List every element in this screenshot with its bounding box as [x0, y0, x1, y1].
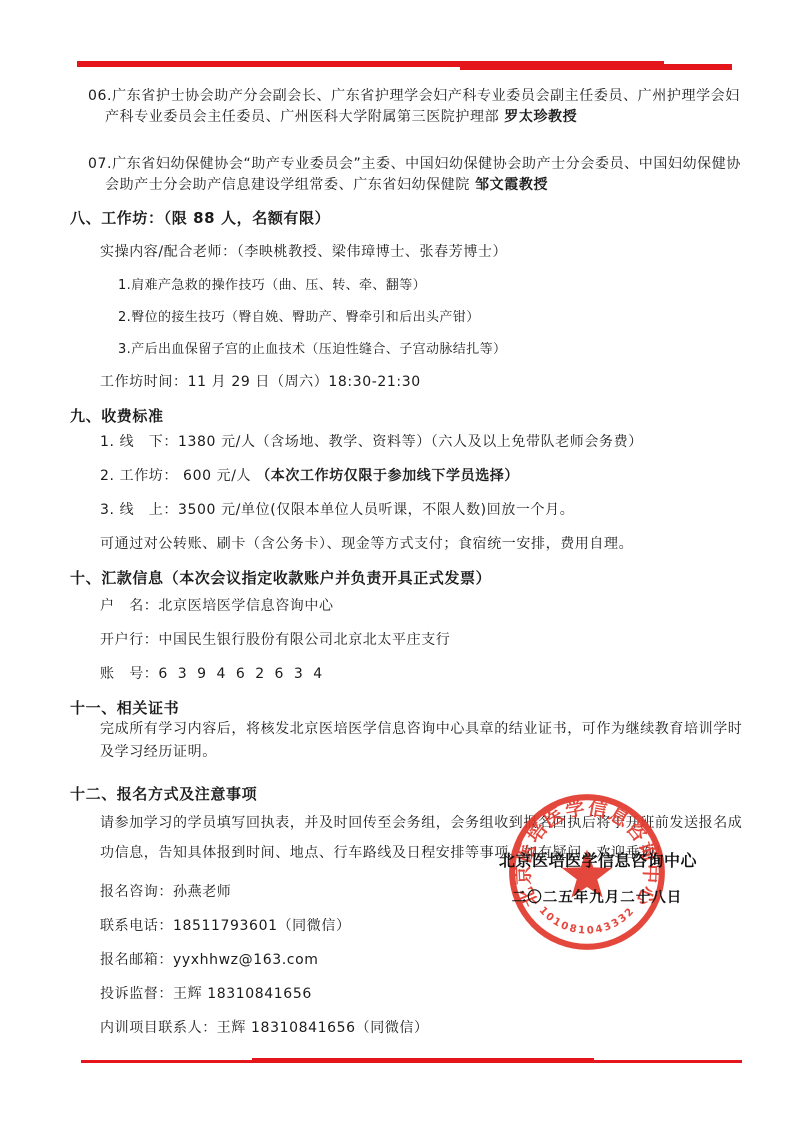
expert-name: 邹文霞教授: [475, 177, 548, 193]
expert-titles: 广东省妇幼保健协会“助产专业委员会”主委、中国妇幼保健协会助产士分会委员、中国妇…: [105, 156, 741, 193]
fee-item: 3. 线 上：3500 元/单位(仅限本单位人员听课，不限人数)回放一个月。: [100, 500, 748, 520]
fee-text: 1. 线 下：1380 元/人（含场地、教学、资料等）（六人及以上免带队老师会务…: [100, 434, 643, 450]
section-10-heading: 十、汇款信息（本次会议指定收款账户并负责开具正式发票）: [70, 568, 748, 588]
expert-titles: 广东省护士协会助产分会副会长、广东省护理学会妇产科专业委员会副主任委员、广州护理…: [105, 88, 740, 125]
payment-note: 可通过对公转账、刷卡（含公务卡）、现金等方式支付；食宿统一安排，费用自理。: [100, 534, 748, 554]
fee-text: 3. 线 上：3500 元/单位(仅限本单位人员听课，不限人数)回放一个月。: [100, 502, 574, 518]
expert-item-07: 07.广东省妇幼保健协会“助产专业委员会”主委、中国妇幼保健协会助产士分会委员、…: [70, 154, 748, 196]
workshop-item: 2.臀位的接生技巧（臀自娩、臀助产、臀牵引和后出头产钳）: [118, 308, 748, 327]
remittance-label: 开户行：: [100, 632, 158, 648]
remittance-label: 账 号：: [100, 666, 158, 682]
workshop-item: 3.产后出血保留子宫的止血技术（压迫性缝合、子宫动脉结扎等）: [118, 340, 748, 359]
remittance-row: 开户行：中国民生银行股份有限公司北京北太平庄支行: [100, 630, 748, 650]
section-11-heading: 十一、相关证书: [70, 698, 748, 718]
section-8-heading: 八、工作坊：（限 88 人，名额有限）: [70, 208, 748, 228]
remittance-row: 账 号：6 3 9 4 6 2 6 3 4: [100, 664, 748, 684]
fee-text: 2. 工作坊： 600 元/人: [100, 468, 256, 484]
signature-org: 北京医培医学信息咨询中心: [492, 848, 704, 871]
certificate-body: 完成所有学习内容后，将核发北京医培医学信息咨询中心具章的结业证书，可作为继续教育…: [100, 718, 748, 764]
signature-date: 二〇二五年九月二十八日: [497, 886, 697, 907]
fee-item: 1. 线 下：1380 元/人（含场地、教学、资料等）（六人及以上免带队老师会务…: [100, 432, 748, 452]
bottom-red-rule-left: [81, 1060, 256, 1063]
remittance-label: 户 名：: [100, 598, 158, 614]
section-9-heading: 九、收费标准: [70, 406, 748, 426]
fee-bold-note: （本次工作坊仅限于参加线下学员选择）: [256, 468, 519, 484]
remittance-row: 户 名：北京医培医学信息咨询中心: [100, 596, 748, 616]
top-red-rule-right: [460, 64, 732, 70]
workshop-time: 工作坊时间：11 月 29 日（周六）18:30-21:30: [100, 372, 748, 392]
bottom-red-rule-right: [592, 1060, 742, 1063]
expert-item-06: 06.广东省护士协会助产分会副会长、广东省护理学会妇产科专业委员会副主任委员、广…: [70, 86, 748, 128]
expert-number: 06.: [88, 88, 112, 104]
expert-name: 罗太珍教授: [504, 109, 577, 125]
remittance-value: 中国民生银行股份有限公司北京北太平庄支行: [158, 632, 450, 648]
workshop-intro: 实操内容/配合老师：（李映桃教授、梁伟璋博士、张春芳博士）: [100, 242, 748, 262]
fee-item: 2. 工作坊： 600 元/人 （本次工作坊仅限于参加线下学员选择）: [100, 466, 748, 486]
contact-line-training: 内训项目联系人：王辉 18310841656（同微信）: [100, 1018, 748, 1038]
contact-line-complaint: 投诉监督：王辉 18310841656: [100, 984, 748, 1004]
document-page: 06.广东省护士协会助产分会副会长、广东省护理学会妇产科专业委员会副主任委员、广…: [0, 0, 800, 1130]
remittance-value: 北京医培医学信息咨询中心: [158, 598, 333, 614]
expert-number: 07.: [88, 156, 112, 172]
workshop-item: 1.肩难产急救的操作技巧（曲、压、转、牵、翻等）: [118, 276, 748, 295]
account-number: 6 3 9 4 6 2 6 3 4: [158, 666, 325, 682]
official-seal: 北京医培医学信息咨询中心 11010810433320: [505, 790, 669, 954]
bottom-red-rule-center: [252, 1058, 594, 1063]
